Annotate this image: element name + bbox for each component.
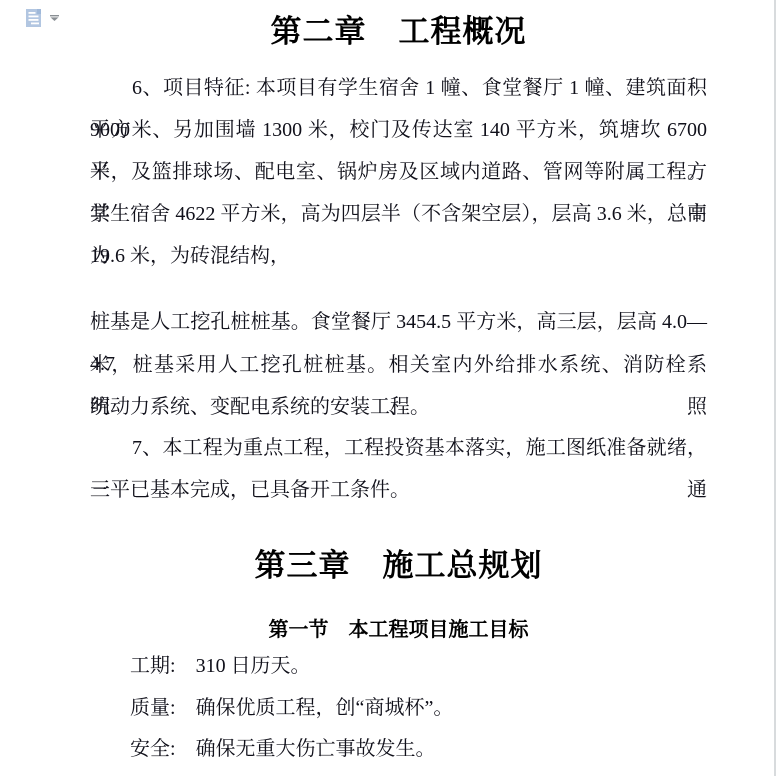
window-right-edge: [774, 0, 776, 776]
chapter3-heading: 第三章 施工总规划: [90, 540, 707, 585]
goal-label: 安全:: [130, 738, 176, 760]
goal-text: 确保无重大伤亡事故发生。: [196, 738, 436, 760]
goal-text: 确保优质工程，创“商城杯”。: [196, 697, 454, 719]
goal-row: 安全:确保无重大伤亡事故发生。: [130, 728, 436, 770]
goal-row: 质量:确保优质工程，创“商城杯”。: [130, 687, 453, 729]
goal-row: 工期:310 日历天。: [130, 645, 311, 687]
goal-label: 质量:: [130, 697, 176, 719]
section1-heading: 第一节 本工程项目施工目标: [90, 613, 707, 642]
goal-label: 工期:: [130, 655, 176, 677]
paste-options-icon: [26, 8, 44, 28]
goal-text: 310 日历天。: [196, 655, 311, 677]
paste-options-button[interactable]: [26, 8, 59, 28]
document-page[interactable]: 第二章 工程概况 6、项目特征: 本项目有学生宿舍 1 幢、食堂餐厅 1 幢、建…: [0, 0, 778, 776]
paragraph-line: 一平已基本完成，已具备开工条件。: [90, 469, 707, 511]
paste-options-dropdown-arrow-icon: [50, 15, 59, 21]
paragraph-line: 19.6 米，为砖混结构，: [90, 235, 707, 277]
paragraph-line: 明动力系统、变配电系统的安装工程。: [90, 386, 707, 428]
chapter2-heading: 第二章 工程概况: [90, 6, 707, 51]
